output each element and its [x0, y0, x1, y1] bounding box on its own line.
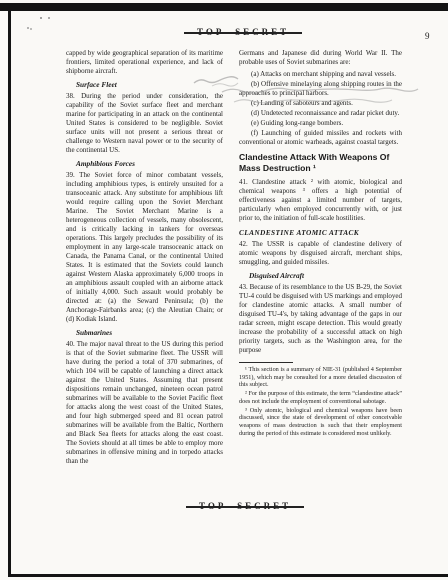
submarine-use-item-f: (f) Launching of guided missiles and roc… — [239, 129, 402, 147]
page-number: 9 — [425, 31, 430, 41]
paragraph-41: 41. Clandestine attack ² with atomic, bi… — [239, 178, 402, 223]
paragraph-continuation: capped by wide geographical separation o… — [66, 49, 223, 76]
paragraph-39: 39. The Soviet force of minor combatant … — [66, 171, 223, 324]
footnotes-block: ¹ This section is a summary of NIE-31 (p… — [239, 362, 402, 437]
header-classification-stamp: TOP SECRET — [197, 27, 289, 37]
paragraph-40: 40. The major naval threat to the US dur… — [66, 340, 223, 466]
footer-classification-stamp: TOP SECRET — [199, 501, 291, 511]
paragraph-42: 42. The USSR is capable of clandestine d… — [239, 240, 402, 267]
submarine-use-item-b: (b) Offensive minelaying along shipping … — [239, 80, 402, 98]
heading-clandestine-attack: Clandestine Attack With Weapons Of Mass … — [239, 152, 402, 174]
paragraph-38: 38. During the period under consideratio… — [66, 92, 223, 155]
heading-clandestine-atomic-attack: CLANDESTINE ATOMIC ATTACK — [239, 228, 402, 237]
submarine-use-item-a: (a) Attacks on merchant shipping and nav… — [239, 70, 402, 79]
heading-disguised-aircraft: Disguised Aircraft — [249, 271, 402, 280]
page-border-top — [0, 3, 448, 11]
footnote-2: ² For the purpose of this estimate, the … — [239, 390, 402, 405]
right-column: Germans and Japanese did during World Wa… — [239, 49, 402, 438]
footnote-1: ¹ This section is a summary of NIE-31 (p… — [239, 366, 402, 389]
page-border-bottom — [8, 574, 448, 577]
submarine-use-item-c: (c) Landing of saboteurs and agents. — [239, 99, 402, 108]
page-border-left — [8, 9, 11, 577]
paragraph-43: 43. Because of its resemblance to the US… — [239, 283, 402, 355]
footnote-3: ³ Only atomic, biological and chemical w… — [239, 407, 402, 438]
heading-submarines: Submarines — [76, 328, 223, 337]
left-column: capped by wide geographical separation o… — [66, 49, 223, 469]
heading-amphibious-forces: Amphibious Forces — [76, 159, 223, 168]
scanned-page: TOP SECRET 9 capped by wide geographical… — [0, 0, 448, 580]
scan-speck-marks — [40, 17, 42, 19]
paragraph-continuation-right: Germans and Japanese did during World Wa… — [239, 49, 402, 67]
heading-surface-fleet: Surface Fleet — [76, 80, 223, 89]
submarine-use-item-d: (d) Undetected reconnaissance and radar … — [239, 109, 402, 118]
submarine-use-item-e: (e) Guiding long-range bombers. — [239, 119, 402, 128]
footnote-separator — [239, 362, 293, 363]
